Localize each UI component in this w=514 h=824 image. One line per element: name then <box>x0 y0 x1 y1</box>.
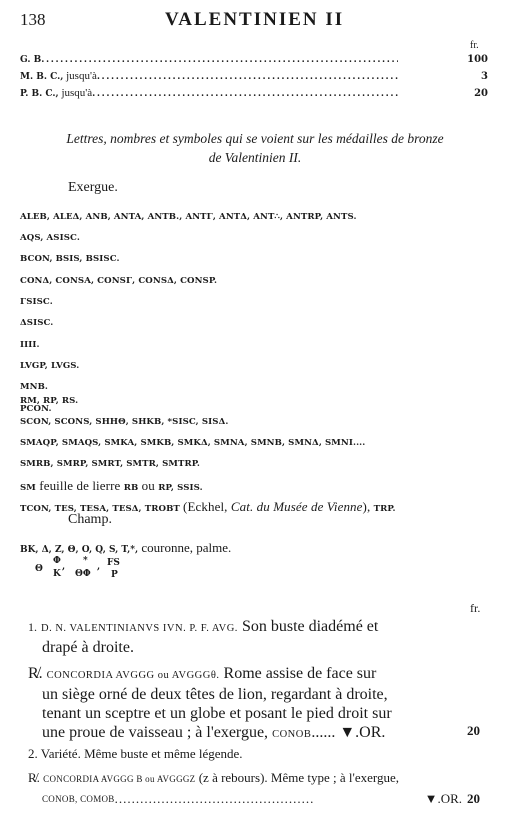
metal-label: .OR. <box>437 789 462 809</box>
exergue-line: ΔSISC. <box>20 318 53 328</box>
exergue-line: IIII. <box>20 340 40 350</box>
price-row: M. B. C., jusqu'à ......................… <box>20 70 488 84</box>
caption-line-2: de Valentinien II. <box>20 148 490 167</box>
champ-heading: Champ. <box>68 512 112 528</box>
price-row: P. B. C., jusqu'à ......................… <box>20 87 488 101</box>
price-row-label: M. B. C., jusqu'à <box>20 70 97 82</box>
reverse-legend: CONCORDIA AVGGG B ou AVGGGZ <box>43 774 195 784</box>
reverse-legend: CONCORDIA AVGGG ou AVGGGθ. <box>47 670 220 681</box>
leader-dots: ........................................… <box>97 72 398 82</box>
obverse-description: Son buste diadémé et <box>238 618 378 635</box>
price-row-label: G. B <box>20 55 41 65</box>
unit-label-francs: fr. <box>470 40 479 51</box>
price-row-value: 3 <box>448 71 488 82</box>
unit-label-francs: fr. <box>470 601 480 616</box>
exergue-heading: Exergue. <box>68 180 118 196</box>
page-number: 138 <box>20 10 46 30</box>
catalog-entry-2-reverse: R̸. CONCORDIA AVGGG B ou AVGGGZ (z à reb… <box>28 768 488 789</box>
champ-fraction-marks: Θ Φ K , * ΘΦ , FS P <box>35 556 155 586</box>
leader-dots: ........................................… <box>115 789 425 809</box>
price-row-label: P. B. C., jusqu'à <box>20 87 92 99</box>
obverse-legend: D. N. VALENTINIANVS IVN. P. F. AVG. <box>41 623 238 634</box>
exergue-line: BCON, BSIS, BSISC. <box>20 254 120 264</box>
exergue-line: RM, RP, RS. <box>20 396 78 406</box>
price-value: 20 <box>467 723 480 739</box>
catalog-entry-2: 2. Variété. Même buste et même légende. <box>28 744 488 764</box>
exergue-line: CONΔ, CONSA, CONSΓ, CONSΔ, CONSP. <box>20 276 217 286</box>
reverse-symbol: R̸. <box>28 770 40 785</box>
exergue-line: MNB. <box>20 382 48 392</box>
caption-line-1: Lettres, nombres et symboles qui se voie… <box>20 129 490 148</box>
leader-dots: ........................................… <box>92 89 398 99</box>
catalog-entry-1-reverse: R̸. CONCORDIA AVGGG ou AVGGGθ. Rome assi… <box>28 664 468 744</box>
exergue-mark: CONOB <box>272 729 311 740</box>
exergue-line: SMRB, SMRP, SMRT, SMTR, SMTRP. <box>20 459 200 469</box>
exergue-marks: CONOB, COMOB <box>42 789 115 809</box>
leader-dots: ........................................… <box>41 55 398 65</box>
gold-metal-icon: ▼ <box>425 789 438 809</box>
catalog-entry-2-exergue: CONOB, COMOB ...........................… <box>42 789 462 809</box>
exergue-line: AQS, ASISC. <box>20 233 80 243</box>
exergue-line: SCON, SCONS, SHHΘ, SHKB, *SISC, SISΔ. <box>20 417 228 427</box>
running-title: VALENTINIEN II <box>165 9 344 31</box>
metal-label: .OR. <box>355 724 385 741</box>
exergue-line: SMAQP, SMAQS, SMKA, SMKB, SMKΔ, SMNA, SM… <box>20 438 365 448</box>
catalog-entry-1: 1. D. N. VALENTINIANVS IVN. P. F. AVG. S… <box>28 617 468 657</box>
reverse-symbol: R̸. <box>28 665 43 682</box>
entry-number: 2. <box>28 746 38 761</box>
price-row-value: 20 <box>448 88 488 99</box>
price-value: 20 <box>467 791 480 807</box>
exergue-line: ΓSISC. <box>20 297 53 307</box>
price-row: G. B ...................................… <box>20 54 488 68</box>
gold-metal-icon: ▼ <box>339 723 355 742</box>
champ-line: BK, Δ, Z, Θ, O, Q, S, T,*, couronne, pal… <box>20 540 231 556</box>
entry-number: 1. <box>28 620 37 634</box>
exergue-line: LVGP, LVGS. <box>20 361 79 371</box>
price-row-value: 100 <box>448 54 488 65</box>
section-caption: Lettres, nombres et symboles qui se voie… <box>20 129 490 167</box>
exergue-line: ALEB, ALEΔ, ANB, ANTA, ANTB., ANTΓ, ANTΔ… <box>20 212 357 222</box>
exergue-ivy-line: SM feuille de lierre RB ou RP, SSIS. <box>20 478 203 494</box>
